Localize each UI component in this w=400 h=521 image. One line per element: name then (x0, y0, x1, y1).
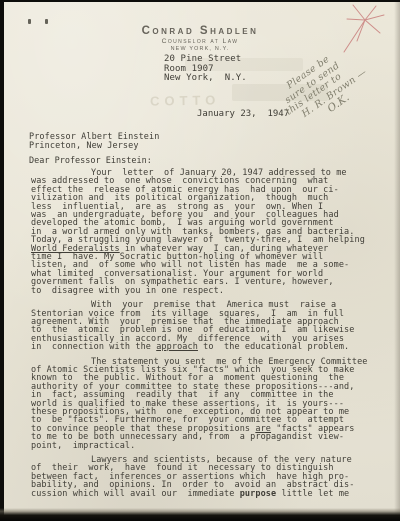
typed-line: cussion which will avail our immediate p… (31, 490, 387, 498)
typed-line: New York, N.Y. (164, 74, 247, 84)
paper-right-edge (394, 0, 400, 521)
scan-edge-top (0, 0, 400, 2)
recipient-address: Professor Albert EinsteinPrinceton, New … (29, 133, 159, 151)
paragraph: The statement you sent me of the Emergen… (31, 358, 387, 450)
scanned-letter-page: COTTO Conrad Shadlen Counselor at Law Ne… (0, 0, 400, 521)
scan-edge-bottom (0, 508, 400, 521)
scan-edge-left (0, 0, 4, 521)
typed-line: in connection with the approach to the e… (31, 343, 387, 351)
sender-address: 20 Pine StreetRoom 1907New York, N.Y. (164, 55, 247, 84)
letter-date: January 23, 1947 (197, 109, 289, 119)
salutation: Dear Professor Einstein: (29, 156, 152, 166)
paragraph: With your premise that America must rais… (31, 301, 387, 351)
typed-line: to disagree with you in one respect. (31, 287, 387, 295)
paper-watermark: COTTO (150, 92, 221, 108)
paragraph: Lawyers and scientists, because of the v… (31, 456, 387, 498)
typed-line: point, impractical. (31, 442, 387, 450)
letter-body: Your letter of January 20, 1947 addresse… (31, 169, 387, 504)
staple-hole (45, 19, 48, 24)
typed-line: Princeton, New Jersey (29, 142, 159, 151)
letterhead-name: Conrad Shadlen (0, 25, 400, 37)
staple-hole (28, 19, 31, 24)
paragraph: Your letter of January 20, 1947 addresse… (31, 169, 387, 295)
